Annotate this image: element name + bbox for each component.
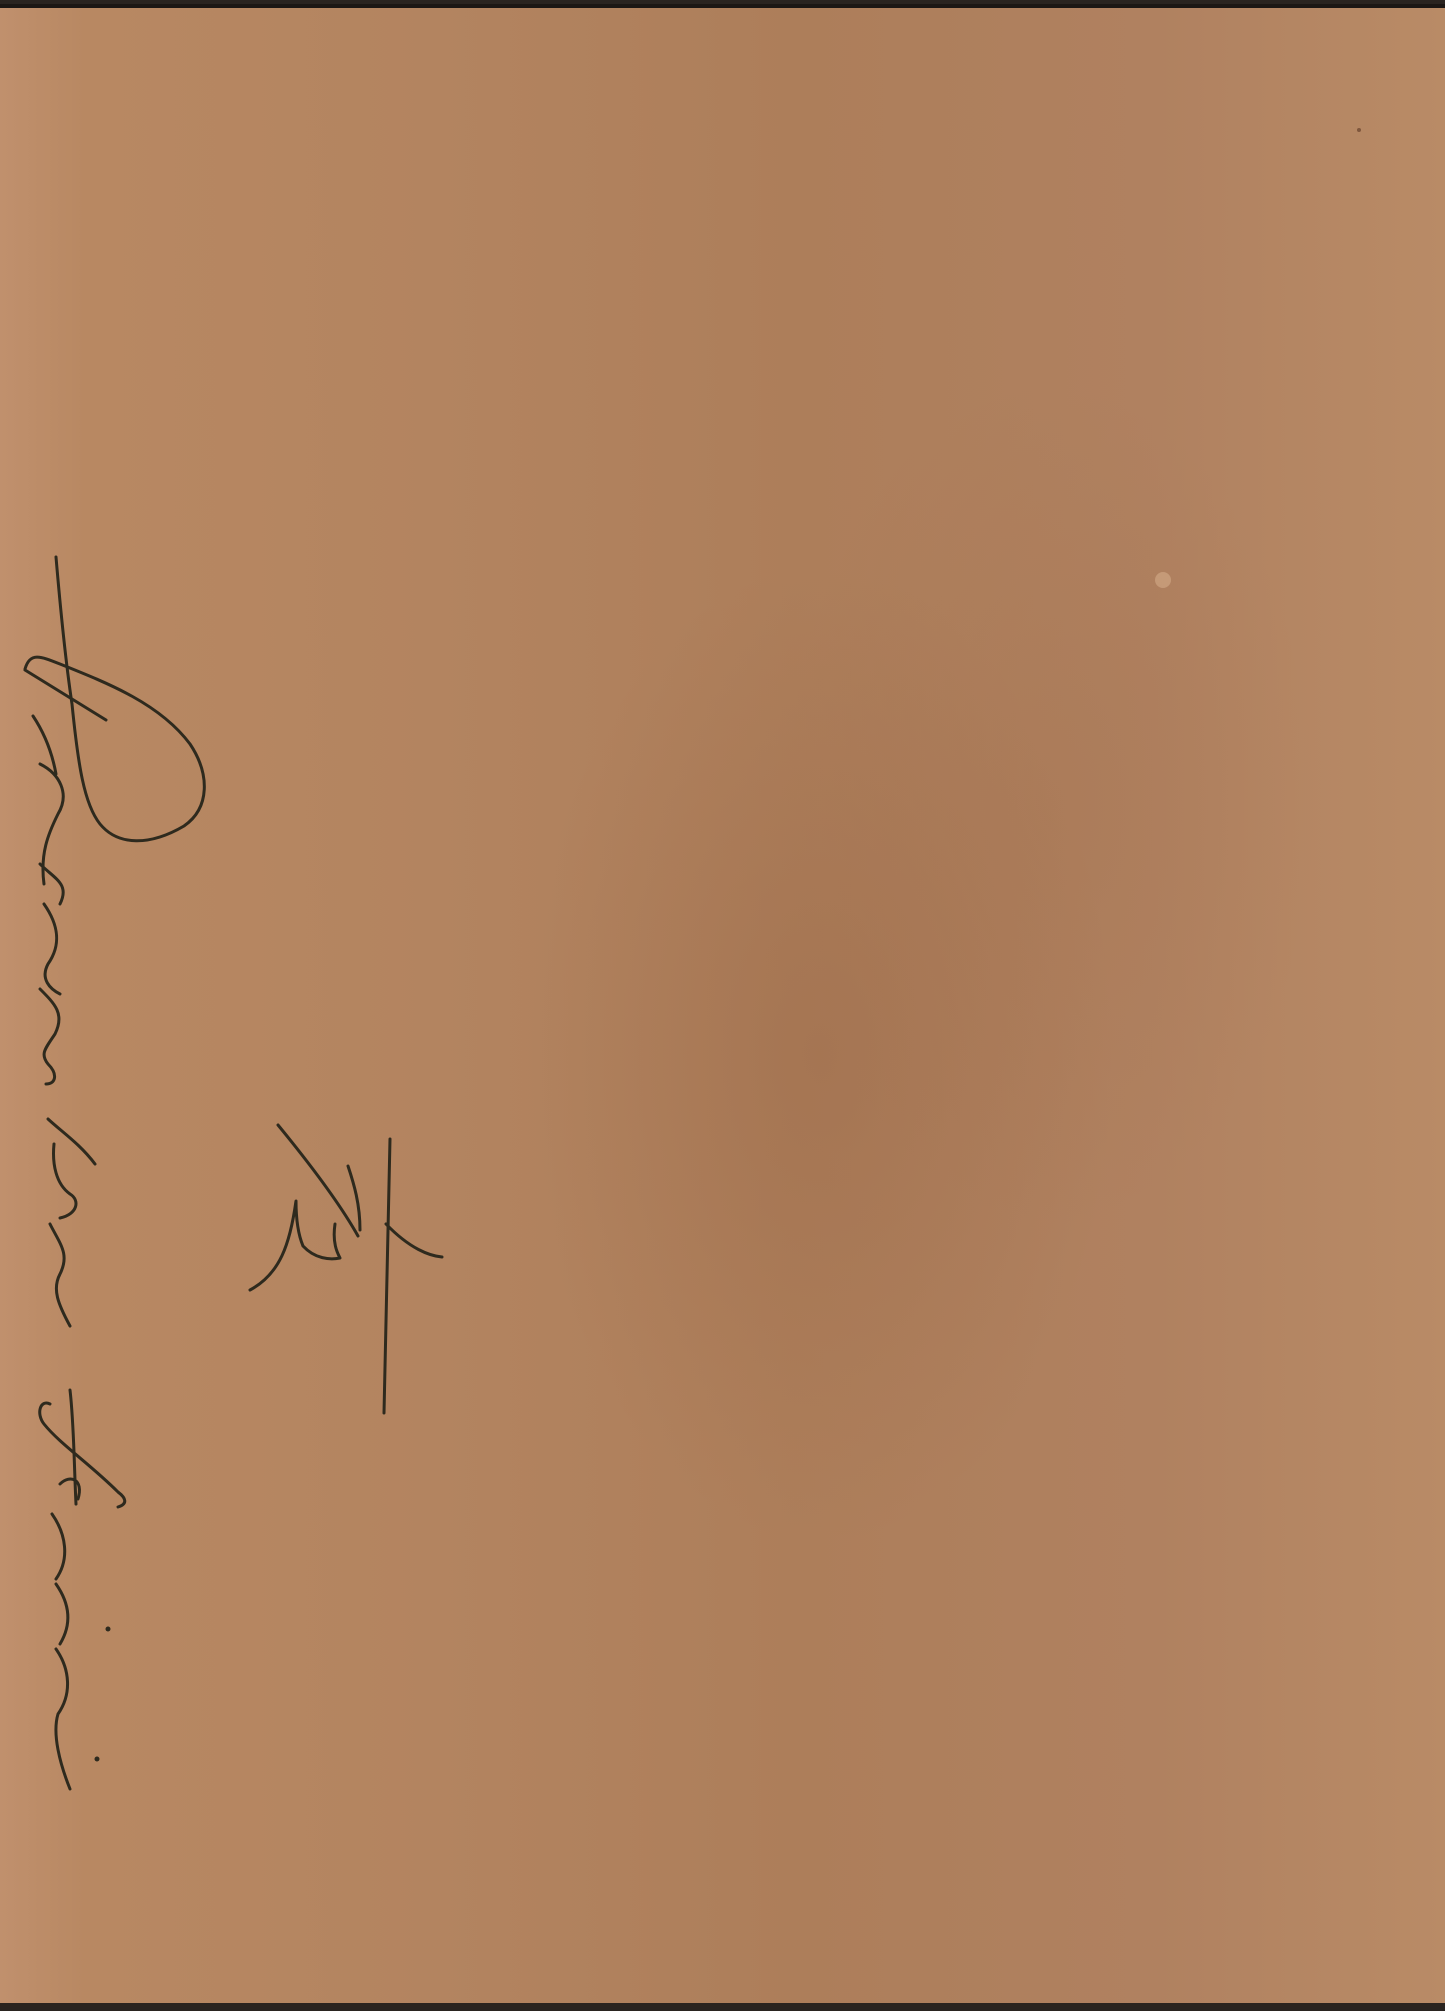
handwritten-inscription	[0, 4, 1445, 2007]
inscription-word-1	[25, 557, 204, 1084]
inscription-word-3	[40, 1390, 125, 1789]
numeral-mark	[250, 1125, 442, 1413]
inscription-word-2	[48, 1119, 95, 1326]
scanned-paper-page: Ricordo Luca Familiari 73	[0, 4, 1445, 2007]
